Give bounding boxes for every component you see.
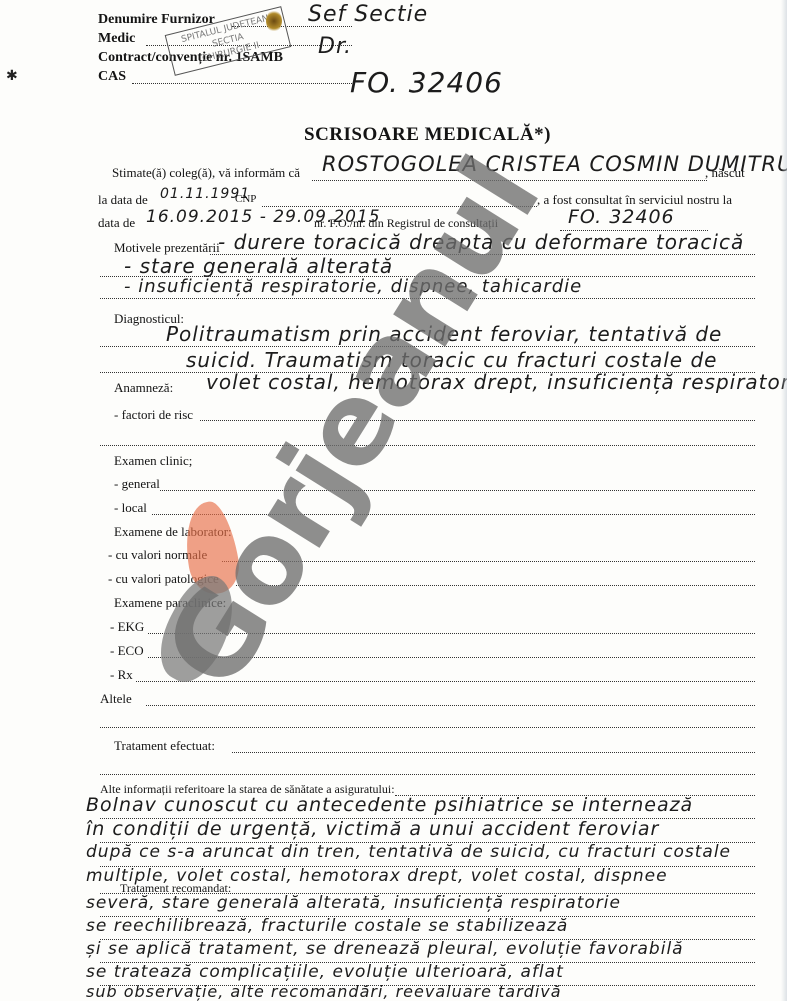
cas-field — [132, 83, 352, 84]
fo-number-handwritten: FO. 32406 — [350, 66, 503, 99]
rx-label: - Rx — [110, 667, 133, 683]
stamp-seal-icon — [266, 10, 282, 32]
altele-field-2 — [100, 727, 755, 728]
furnizor-label: Denumire Furnizor — [98, 12, 215, 28]
signature-line: Dr. — [318, 34, 352, 59]
scan-mark: ✱ — [6, 68, 18, 85]
scan-edge — [781, 0, 787, 1001]
tratament-efectuat-field-2 — [100, 774, 755, 775]
cas-label: CAS — [98, 69, 126, 85]
tratament-efectuat-label: Tratament efectuat: — [114, 738, 215, 754]
motive-text: - stare generală alterată — [124, 254, 393, 278]
altele-field — [146, 705, 755, 706]
eco-label: - ECO — [110, 643, 144, 659]
tratament-text: și se aplică tratament, se drenează pleu… — [86, 939, 684, 959]
data-de-label: data de — [98, 215, 135, 231]
general-label: - general — [114, 476, 160, 492]
signature-line: Sef Sectie — [308, 2, 428, 27]
tratament-text: se tratează complicațiile, evoluție ulte… — [86, 962, 564, 982]
stimate-label: Stimate(ă) coleg(ă), vă informăm că — [112, 165, 300, 181]
tratament-text: severă, stare generală alterată, insufic… — [86, 893, 621, 913]
alte-info-text: după ce s-a aruncat din tren, tentativă … — [86, 842, 731, 862]
cnp-label: CNP — [235, 193, 256, 205]
tratament-efectuat-field — [232, 752, 755, 753]
tratament-text: sub observație, alte recomandări, reeval… — [86, 982, 562, 1001]
examen-clinic-label: Examen clinic; — [114, 453, 192, 469]
document-title: SCRISOARE MEDICALĂ*) — [304, 124, 551, 146]
factori-field-2 — [100, 445, 755, 446]
la-data-label: la data de — [98, 192, 148, 208]
local-label: - local — [114, 500, 147, 516]
anamneza-label: Anamneză: — [114, 380, 173, 396]
anamneza-text: volet costal, hemotorax drept, insuficie… — [206, 370, 787, 394]
alte-info-text: Bolnav cunoscut cu antecedente psihiatri… — [86, 794, 693, 816]
tratament-text: se reechilibrează, fracturile costale se… — [86, 916, 568, 936]
altele-label: Altele — [100, 691, 132, 707]
fo-number: FO. 32406 — [568, 206, 675, 228]
nascut-label: , născut — [705, 165, 745, 181]
factori-label: - factori de risc — [114, 407, 193, 423]
alte-info-text: în condiții de urgență, victimă a unui a… — [86, 818, 659, 840]
medic-label: Medic — [98, 31, 135, 47]
ekg-label: - EKG — [110, 619, 144, 635]
